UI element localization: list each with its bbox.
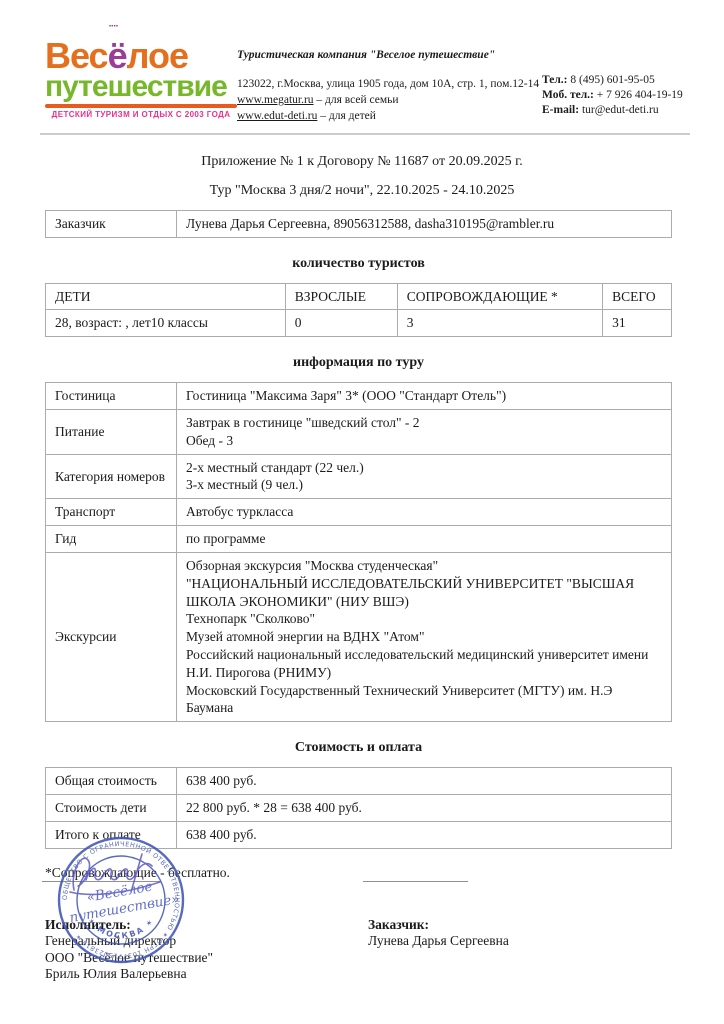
total-cost-label: Общая стоимость bbox=[46, 768, 177, 795]
table-row: Экскурсии Обзорная экскурсия "Москва сту… bbox=[46, 552, 672, 721]
company-round-stamp: ОБЩЕСТВО С ОГРАНИЧЕННОЙ ОТВЕТСТВЕННОСТЬЮ… bbox=[46, 830, 196, 970]
company-address: 123022, г.Москва, улица 1905 года, дом 1… bbox=[237, 77, 542, 92]
col-header-escorts: СОПРОВОЖДАЮЩИЕ * bbox=[397, 283, 602, 310]
table-row: Категория номеров 2-х местный стандарт (… bbox=[46, 454, 672, 499]
transport-value: Автобус туркласса bbox=[177, 499, 672, 526]
contacts: Тел.: 8 (495) 601-95-05 Моб. тел.: + 7 9… bbox=[542, 40, 690, 124]
logo-underline-bar bbox=[45, 104, 237, 108]
customer-signature-line bbox=[363, 881, 468, 882]
table-row: Питание Завтрак в гостинице "шведский ст… bbox=[46, 410, 672, 455]
room-category-label: Категория номеров bbox=[46, 454, 177, 499]
phone-line: Тел.: 8 (495) 601-95-05 bbox=[542, 73, 690, 88]
mobile-value: + 7 926 404-19-19 bbox=[594, 89, 683, 101]
customer-label: Заказчик bbox=[46, 210, 177, 237]
logo-word2: путешествие bbox=[45, 72, 237, 102]
excursions-value: Обзорная экскурсия "Москва студенческая"… bbox=[177, 552, 672, 721]
email-value[interactable]: tur@edut-deti.ru bbox=[579, 104, 659, 116]
col-header-total: ВСЕГО bbox=[603, 283, 672, 310]
phone-label: Тел.: bbox=[542, 74, 568, 86]
letterhead: Вес····ёлое путешествие ДЕТСКИЙ ТУРИЗМ И… bbox=[0, 0, 724, 124]
hotel-value: Гостиница "Максима Заря" 3* (ООО "Станда… bbox=[177, 383, 672, 410]
total-value: 31 bbox=[603, 310, 672, 337]
site-family-note: – для всей семьи bbox=[314, 94, 399, 106]
children-value: 28, возраст: , лет10 классы bbox=[46, 310, 286, 337]
site-kids-line: www.edut-deti.ru – для детей bbox=[237, 109, 542, 124]
table-row: Стоимость дети 22 800 руб. * 28 = 638 40… bbox=[46, 795, 672, 822]
site-family-link[interactable]: www.megatur.ru bbox=[237, 94, 314, 106]
total-cost-value: 638 400 руб. bbox=[177, 768, 672, 795]
company-title: Туристическая компания "Веселое путешест… bbox=[237, 48, 542, 63]
site-kids-link[interactable]: www.edut-deti.ru bbox=[237, 110, 317, 122]
hotel-label: Гостиница bbox=[46, 383, 177, 410]
table-header-row: ДЕТИ ВЗРОСЛЫЕ СОПРОВОЖДАЮЩИЕ * ВСЕГО bbox=[46, 283, 672, 310]
table-row: Гид по программе bbox=[46, 526, 672, 553]
doc-title: Приложение № 1 к Договору № 11687 от 20.… bbox=[0, 154, 724, 170]
logo-word1: Вес····ёлое bbox=[45, 40, 237, 72]
tour-info-table: Гостиница Гостиница "Максима Заря" 3* (О… bbox=[45, 382, 672, 722]
email-label: E-mail: bbox=[542, 104, 579, 116]
document-page: Вес····ёлое путешествие ДЕТСКИЙ ТУРИЗМ И… bbox=[0, 0, 724, 1024]
site-kids-note: – для детей bbox=[317, 110, 376, 122]
excursions-label: Экскурсии bbox=[46, 552, 177, 721]
children-cost-label: Стоимость дети bbox=[46, 795, 177, 822]
tour-info-heading: информация по туру bbox=[45, 355, 672, 371]
logo-letter-e: ····ё bbox=[108, 35, 127, 76]
caterpillar-dots-icon: ···· bbox=[109, 22, 118, 31]
col-header-adults: ВЗРОСЛЫЕ bbox=[285, 283, 397, 310]
table-row: Транспорт Автобус туркласса bbox=[46, 499, 672, 526]
escorts-value: 3 bbox=[397, 310, 602, 337]
table-row: Общая стоимость 638 400 руб. bbox=[46, 768, 672, 795]
transport-label: Транспорт bbox=[46, 499, 177, 526]
table-row: Заказчик Лунева Дарья Сергеевна, 8905631… bbox=[46, 210, 672, 237]
col-header-children: ДЕТИ bbox=[46, 283, 286, 310]
doc-subtitle: Тур "Москва 3 дня/2 ночи", 22.10.2025 - … bbox=[0, 183, 724, 199]
adults-value: 0 bbox=[285, 310, 397, 337]
company-info: Туристическая компания "Веселое путешест… bbox=[237, 40, 542, 124]
phone-value: 8 (495) 601-95-05 bbox=[568, 74, 655, 86]
children-cost-value: 22 800 руб. * 28 = 638 400 руб. bbox=[177, 795, 672, 822]
mobile-line: Моб. тел.: + 7 926 404-19-19 bbox=[542, 88, 690, 103]
meals-label: Питание bbox=[46, 410, 177, 455]
room-category-value: 2-х местный стандарт (22 чел.) 3-х местн… bbox=[177, 454, 672, 499]
pricing-heading: Стоимость и оплата bbox=[45, 740, 672, 756]
email-line: E-mail: tur@edut-deti.ru bbox=[542, 103, 690, 118]
meals-value: Завтрак в гостинице "шведский стол" - 2 … bbox=[177, 410, 672, 455]
site-family-line: www.megatur.ru – для всей семьи bbox=[237, 93, 542, 108]
tourists-heading: количество туристов bbox=[45, 256, 672, 272]
customer-table: Заказчик Лунева Дарья Сергеевна, 8905631… bbox=[45, 210, 672, 238]
table-row: Гостиница Гостиница "Максима Заря" 3* (О… bbox=[46, 383, 672, 410]
stamp-area: ОБЩЕСТВО С ОГРАНИЧЕННОЙ ОТВЕТСТВЕННОСТЬЮ… bbox=[0, 820, 724, 1024]
mobile-label: Моб. тел.: bbox=[542, 89, 594, 101]
table-row: 28, возраст: , лет10 классы 0 3 31 bbox=[46, 310, 672, 337]
guide-value: по программе bbox=[177, 526, 672, 553]
company-logo: Вес····ёлое путешествие ДЕТСКИЙ ТУРИЗМ И… bbox=[45, 40, 237, 124]
logo-tagline: ДЕТСКИЙ ТУРИЗМ И ОТДЫХ С 2003 ГОДА bbox=[45, 110, 237, 119]
guide-label: Гид bbox=[46, 526, 177, 553]
header-divider bbox=[40, 133, 690, 135]
customer-value: Лунева Дарья Сергеевна, 89056312588, das… bbox=[177, 210, 672, 237]
tourists-table: ДЕТИ ВЗРОСЛЫЕ СОПРОВОЖДАЮЩИЕ * ВСЕГО 28,… bbox=[45, 283, 672, 338]
